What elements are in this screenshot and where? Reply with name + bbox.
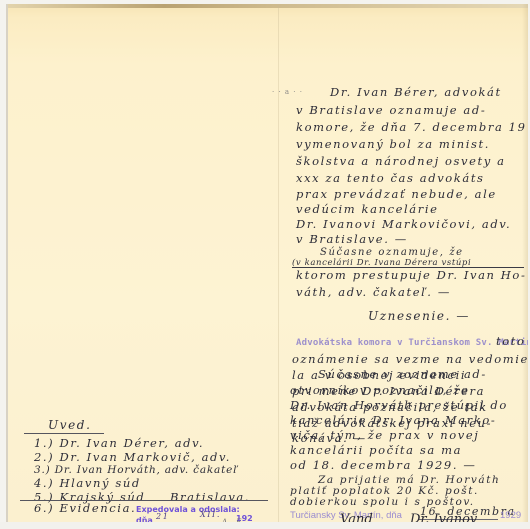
year-printed: 1929	[500, 510, 521, 521]
scan-bottom-margin	[0, 522, 530, 529]
distribution-item: 6.) Evidencia.	[34, 499, 136, 517]
distribution-heading: Uved.	[48, 418, 92, 432]
dispatch-stamp-label: Expedovala a odoslala:	[136, 505, 240, 514]
distribution-bratislava: Bratislava.	[170, 488, 250, 506]
dispatch-day: 21	[156, 512, 169, 521]
overlay-layer: Súčasne v zozname ad- otvorníkov poznači…	[0, 0, 530, 529]
dispatch-month: XII.	[200, 510, 221, 519]
